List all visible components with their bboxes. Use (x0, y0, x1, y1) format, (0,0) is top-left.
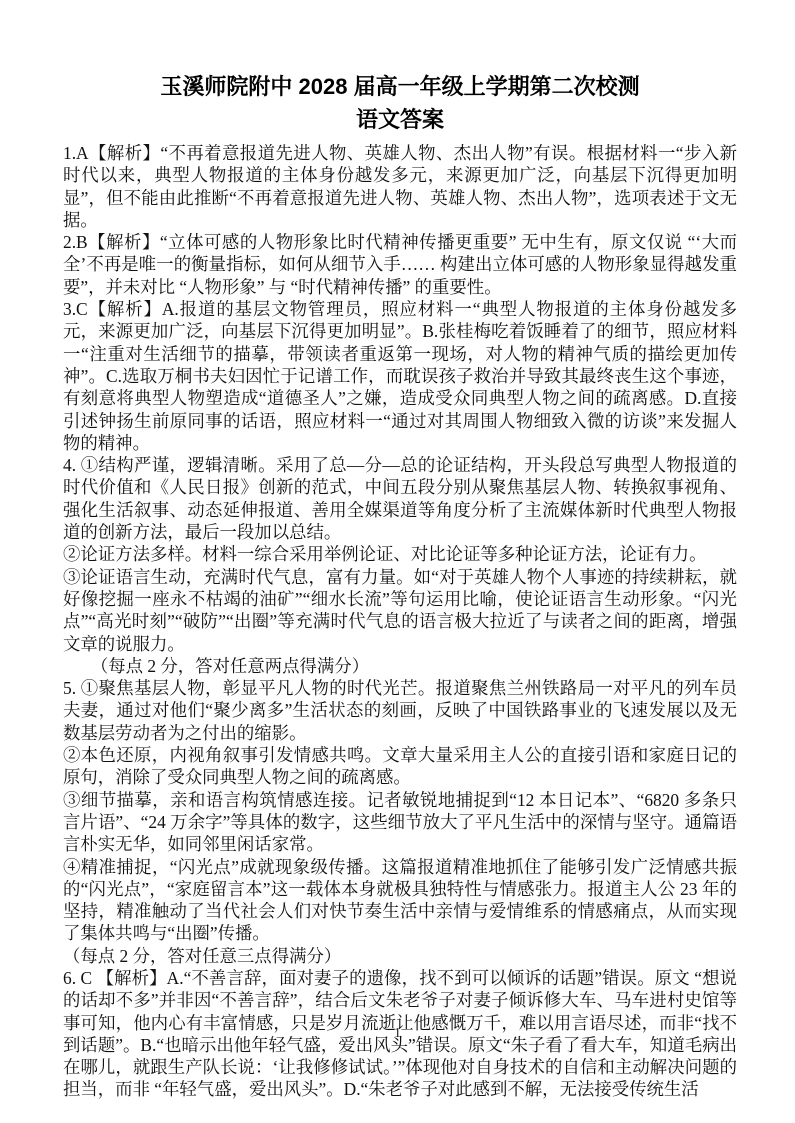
answer-item-1: 1.A【解析】“不再着意报道先进人物、英雄人物、杰出人物”有误。根据材料一“步入… (63, 142, 737, 231)
answer-item-5-point-4: ④精准捕捉，“闪光点”成就现象级传播。这篇报道精准地抓住了能够引发广泛情感共振的… (63, 856, 737, 945)
answer-item-4-point-1: 4. ①结构严谨，逻辑清晰。采用了总—分—总的论证结构，开头段总写典型人物报道的… (63, 454, 737, 543)
doc-title: 玉溪师院附中 2028 届高一年级上学期第二次校测 (63, 70, 737, 103)
answers-body: 1.A【解析】“不再着意报道先进人物、英雄人物、杰出人物”有误。根据材料一“步入… (63, 142, 737, 1101)
answer-item-5-point-3: ③细节描摹，亲和语言构筑情感连接。记者敏锐地捕捉到“12 本日记本”、“6820… (63, 789, 737, 856)
answer-item-4-point-2: ②论证方法多样。材料一综合采用举例论证、对比论证等多种论证方法，论证有力。 (63, 543, 737, 565)
document-page: 玉溪师院附中 2028 届高一年级上学期第二次校测 语文答案 1.A【解析】“不… (0, 0, 795, 1123)
answer-item-5-point-2: ②本色还原，内视角叙事引发情感共鸣。文章大量采用主人公的直接引语和家庭日记的原句… (63, 744, 737, 789)
answer-item-3: 3.C【解析】A.报道的基层文物管理员，照应材料一“典型人物报道的主体身份越发多… (63, 298, 737, 454)
answer-item-4-point-3: ③论证语言生动，充满时代气息，富有力量。如“对于英雄人物个人事迹的持续耕耘，就好… (63, 566, 737, 655)
doc-subtitle: 语文答案 (63, 103, 737, 136)
answer-item-5-score-note: （每点 2 分，答对任意三点得满分） (63, 945, 737, 967)
answer-item-2: 2.B【解析】“立体可感的人物形象比时代精神传播更重要” 无中生有，原文仅说 “… (63, 231, 737, 298)
page-number: 1 (0, 1026, 795, 1042)
answer-item-5-point-1: 5. ①聚焦基层人物，彰显平凡人物的时代光芒。报道聚焦兰州铁路局一对平凡的列车员… (63, 677, 737, 744)
answer-item-4-score-note: （每点 2 分，答对任意两点得满分） (63, 655, 737, 677)
